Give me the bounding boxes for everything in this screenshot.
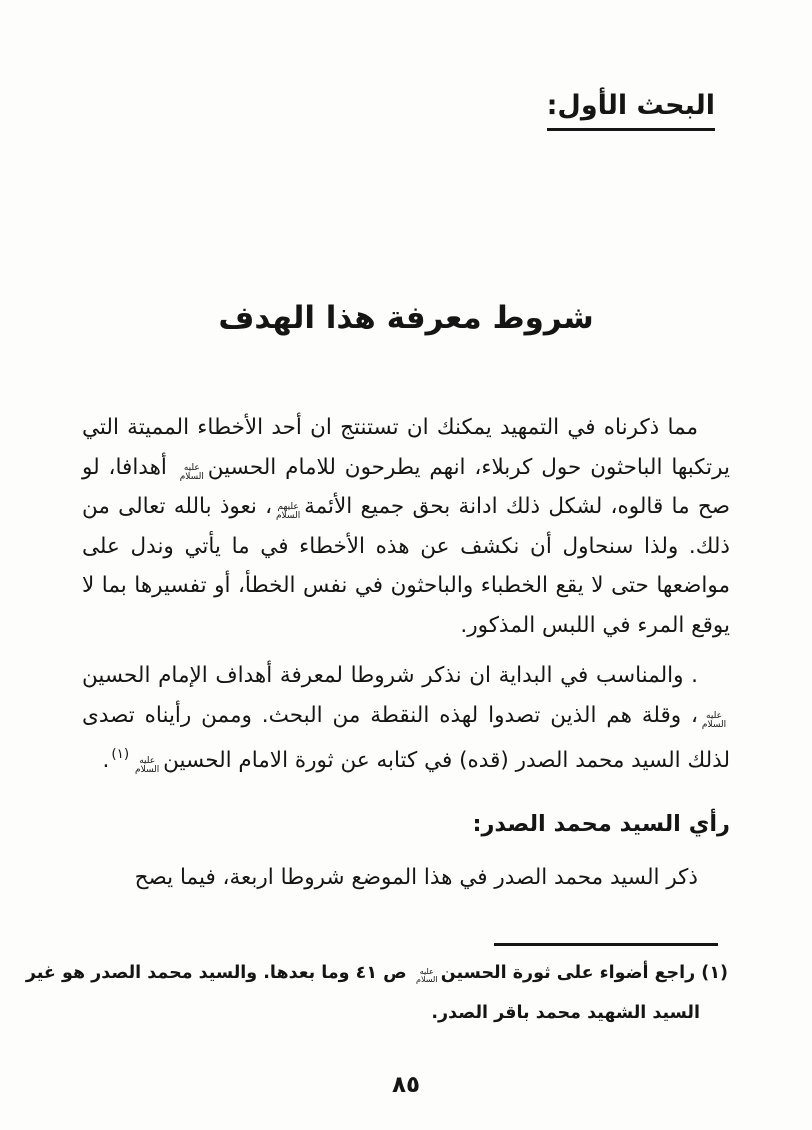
text-run: . والمناسب في البداية ان نذكر شروطا لمعر… bbox=[82, 663, 698, 688]
footnote-marker: (١) bbox=[111, 746, 129, 762]
page-number: ٨٥ bbox=[0, 1072, 812, 1098]
alayhis-salam-honorific: عليه السلام bbox=[699, 712, 729, 729]
body-text: مما ذكرناه في التمهيد يمكنك ان تستنتج ان… bbox=[82, 408, 730, 909]
text-run: (١) راجع أضواء على ثورة الحسين bbox=[441, 963, 728, 983]
text-run: ، وقلة هم الذين تصدوا لهذه النقطة من الب… bbox=[82, 703, 730, 774]
text-run: . bbox=[102, 748, 109, 773]
paragraph-3: ذكر السيد محمد الصدر في هذا الموضع شروطا… bbox=[82, 858, 730, 898]
paragraph-2: . والمناسب في البداية ان نذكر شروطا لمعر… bbox=[82, 656, 730, 781]
footnote-line: السيد الشهيد محمد باقر الصدر. bbox=[80, 993, 700, 1033]
footnote-line: (١) راجع أضواء على ثورة الحسينعليه السلا… bbox=[80, 953, 728, 993]
text-run: السيد الشهيد محمد باقر الصدر. bbox=[431, 1003, 700, 1023]
paragraph-1: مما ذكرناه في التمهيد يمكنك ان تستنتج ان… bbox=[82, 408, 730, 645]
alayhis-salam-honorific: عليه السلام bbox=[177, 464, 207, 481]
page-title: شروط معرفة هذا الهدف bbox=[0, 300, 812, 336]
footnote: (١) راجع أضواء على ثورة الحسينعليه السلا… bbox=[80, 953, 728, 1033]
chapter-header: البحث الأول: bbox=[547, 90, 715, 131]
footnote-divider bbox=[494, 943, 718, 946]
text-run: ذكر السيد محمد الصدر في هذا الموضع شروطا… bbox=[135, 865, 698, 890]
alayhis-salam-honorific: عليهم السلام bbox=[273, 503, 303, 520]
paragraphs-after-heading: ذكر السيد محمد الصدر في هذا الموضع شروطا… bbox=[82, 858, 730, 898]
book-page: البحث الأول: شروط معرفة هذا الهدف مما ذك… bbox=[0, 0, 812, 1130]
text-run: ص ٤١ وما بعدها. والسيد محمد الصدر هو غير bbox=[26, 963, 413, 983]
alayhis-salam-honorific: عليه السلام bbox=[132, 757, 162, 774]
paragraphs-container: مما ذكرناه في التمهيد يمكنك ان تستنتج ان… bbox=[82, 408, 730, 781]
alayhis-salam-honorific: عليه السلام bbox=[414, 968, 440, 983]
section-heading: رأي السيد محمد الصدر: bbox=[82, 805, 730, 845]
